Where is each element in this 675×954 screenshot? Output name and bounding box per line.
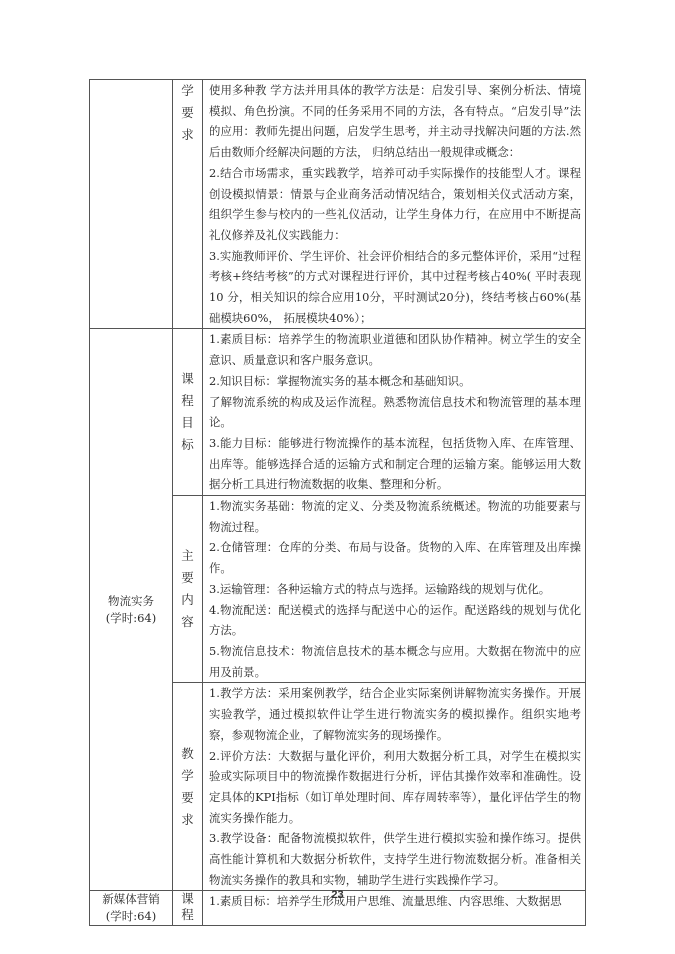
course-syllabus-table: 学要求 使用多种教 学方法并用具体的教学方法是：启发引导、案例分析法、情境模拟、… xyxy=(89,79,586,926)
section-content-cell: 1.教学方法：采用案例教学，结合企业实际案例讲解物流实务操作。开展实验教学，通过… xyxy=(203,683,586,891)
content-paragraph: 1.素质目标：培养学生的物流职业道德和团队协作精神。树立学生的安全意识、质量意识… xyxy=(209,329,581,370)
section-label: 主要内容 xyxy=(181,545,195,633)
content-paragraph: 1.教学方法：采用案例教学，结合企业实际案例讲解物流实务操作。开展实验教学，通过… xyxy=(209,683,581,745)
content-paragraph: 2.仓储管理：仓库的分类、布局与设备。货物的入库、在库管理及出库操作。 xyxy=(209,537,581,578)
section-label: 学要求 xyxy=(181,80,195,146)
section-content-cell: 使用多种教 学方法并用具体的教学方法是：启发引导、案例分析法、情境模拟、角色扮演… xyxy=(203,80,586,329)
content-paragraph: 了解物流系统的构成及运作流程。熟悉物流信息技术和物流管理的基本理论。 xyxy=(209,392,581,433)
content-paragraph: 1.物流实务基础：物流的定义、分类及物流系统概述。物流的功能要素与物流过程。 xyxy=(209,496,581,537)
section-label: 教学要求 xyxy=(181,743,195,831)
course-name-cell xyxy=(90,80,173,329)
content-paragraph: 5.物流信息技术：物流信息技术的基本概念与应用。大数据在物流中的应用及前景。 xyxy=(209,641,581,682)
content-paragraph: 2.知识目标：掌握物流实务的基本概念和基础知识。 xyxy=(209,371,581,392)
content-paragraph: 3.实施教师评价、学生评价、社会评价相结合的多元整体评价，采用“过程考核+终结考… xyxy=(209,246,581,329)
section-label-cell: 课程目标 xyxy=(173,329,203,496)
course-name-cell: 物流实务 (学时:64) xyxy=(90,329,173,891)
section-label-cell: 主要内容 xyxy=(173,496,203,683)
content-paragraph: 2.评价方法：大数据与量化评价，利用大数据分析工具，对学生在模拟实验或实际项目中… xyxy=(209,746,581,829)
content-paragraph: 使用多种教 学方法并用具体的教学方法是：启发引导、案例分析法、情境模拟、角色扮演… xyxy=(209,80,581,163)
page-number: 23 xyxy=(0,889,675,901)
content-paragraph: 3.能力目标：能够进行物流操作的基本流程，包括货物入库、在库管理、出库等。能够选… xyxy=(209,433,581,495)
table-row: 物流实务 (学时:64) 课程目标 1.素质目标：培养学生的物流职业道德和团队协… xyxy=(90,329,586,496)
course-hours: (学时:64) xyxy=(90,610,172,627)
content-paragraph: 4.物流配送：配送模式的选择与配送中心的运作。配送路线的规划与优化方法。 xyxy=(209,600,581,641)
content-paragraph: 3.教学设备：配备物流模拟软件，供学生进行模拟实验和操作练习。提供高性能计算机和… xyxy=(209,828,581,890)
section-label-cell: 教学要求 xyxy=(173,683,203,891)
section-label-cell: 学要求 xyxy=(173,80,203,329)
table-row: 学要求 使用多种教 学方法并用具体的教学方法是：启发引导、案例分析法、情境模拟、… xyxy=(90,80,586,329)
section-label: 课程目标 xyxy=(181,368,195,456)
section-content-cell: 1.素质目标：培养学生的物流职业道德和团队协作精神。树立学生的安全意识、质量意识… xyxy=(203,329,586,496)
course-name: 物流实务 xyxy=(90,593,172,610)
section-content-cell: 1.物流实务基础：物流的定义、分类及物流系统概述。物流的功能要素与物流过程。 2… xyxy=(203,496,586,683)
course-hours: (学时:64) xyxy=(90,908,172,925)
content-paragraph: 3.运输管理：各种运输方式的特点与选择。运输路线的规划与优化。 xyxy=(209,579,581,600)
content-paragraph: 2.结合市场需求，重实践教学，培养可动手实际操作的技能型人才。课程创设模拟情景：… xyxy=(209,163,581,246)
